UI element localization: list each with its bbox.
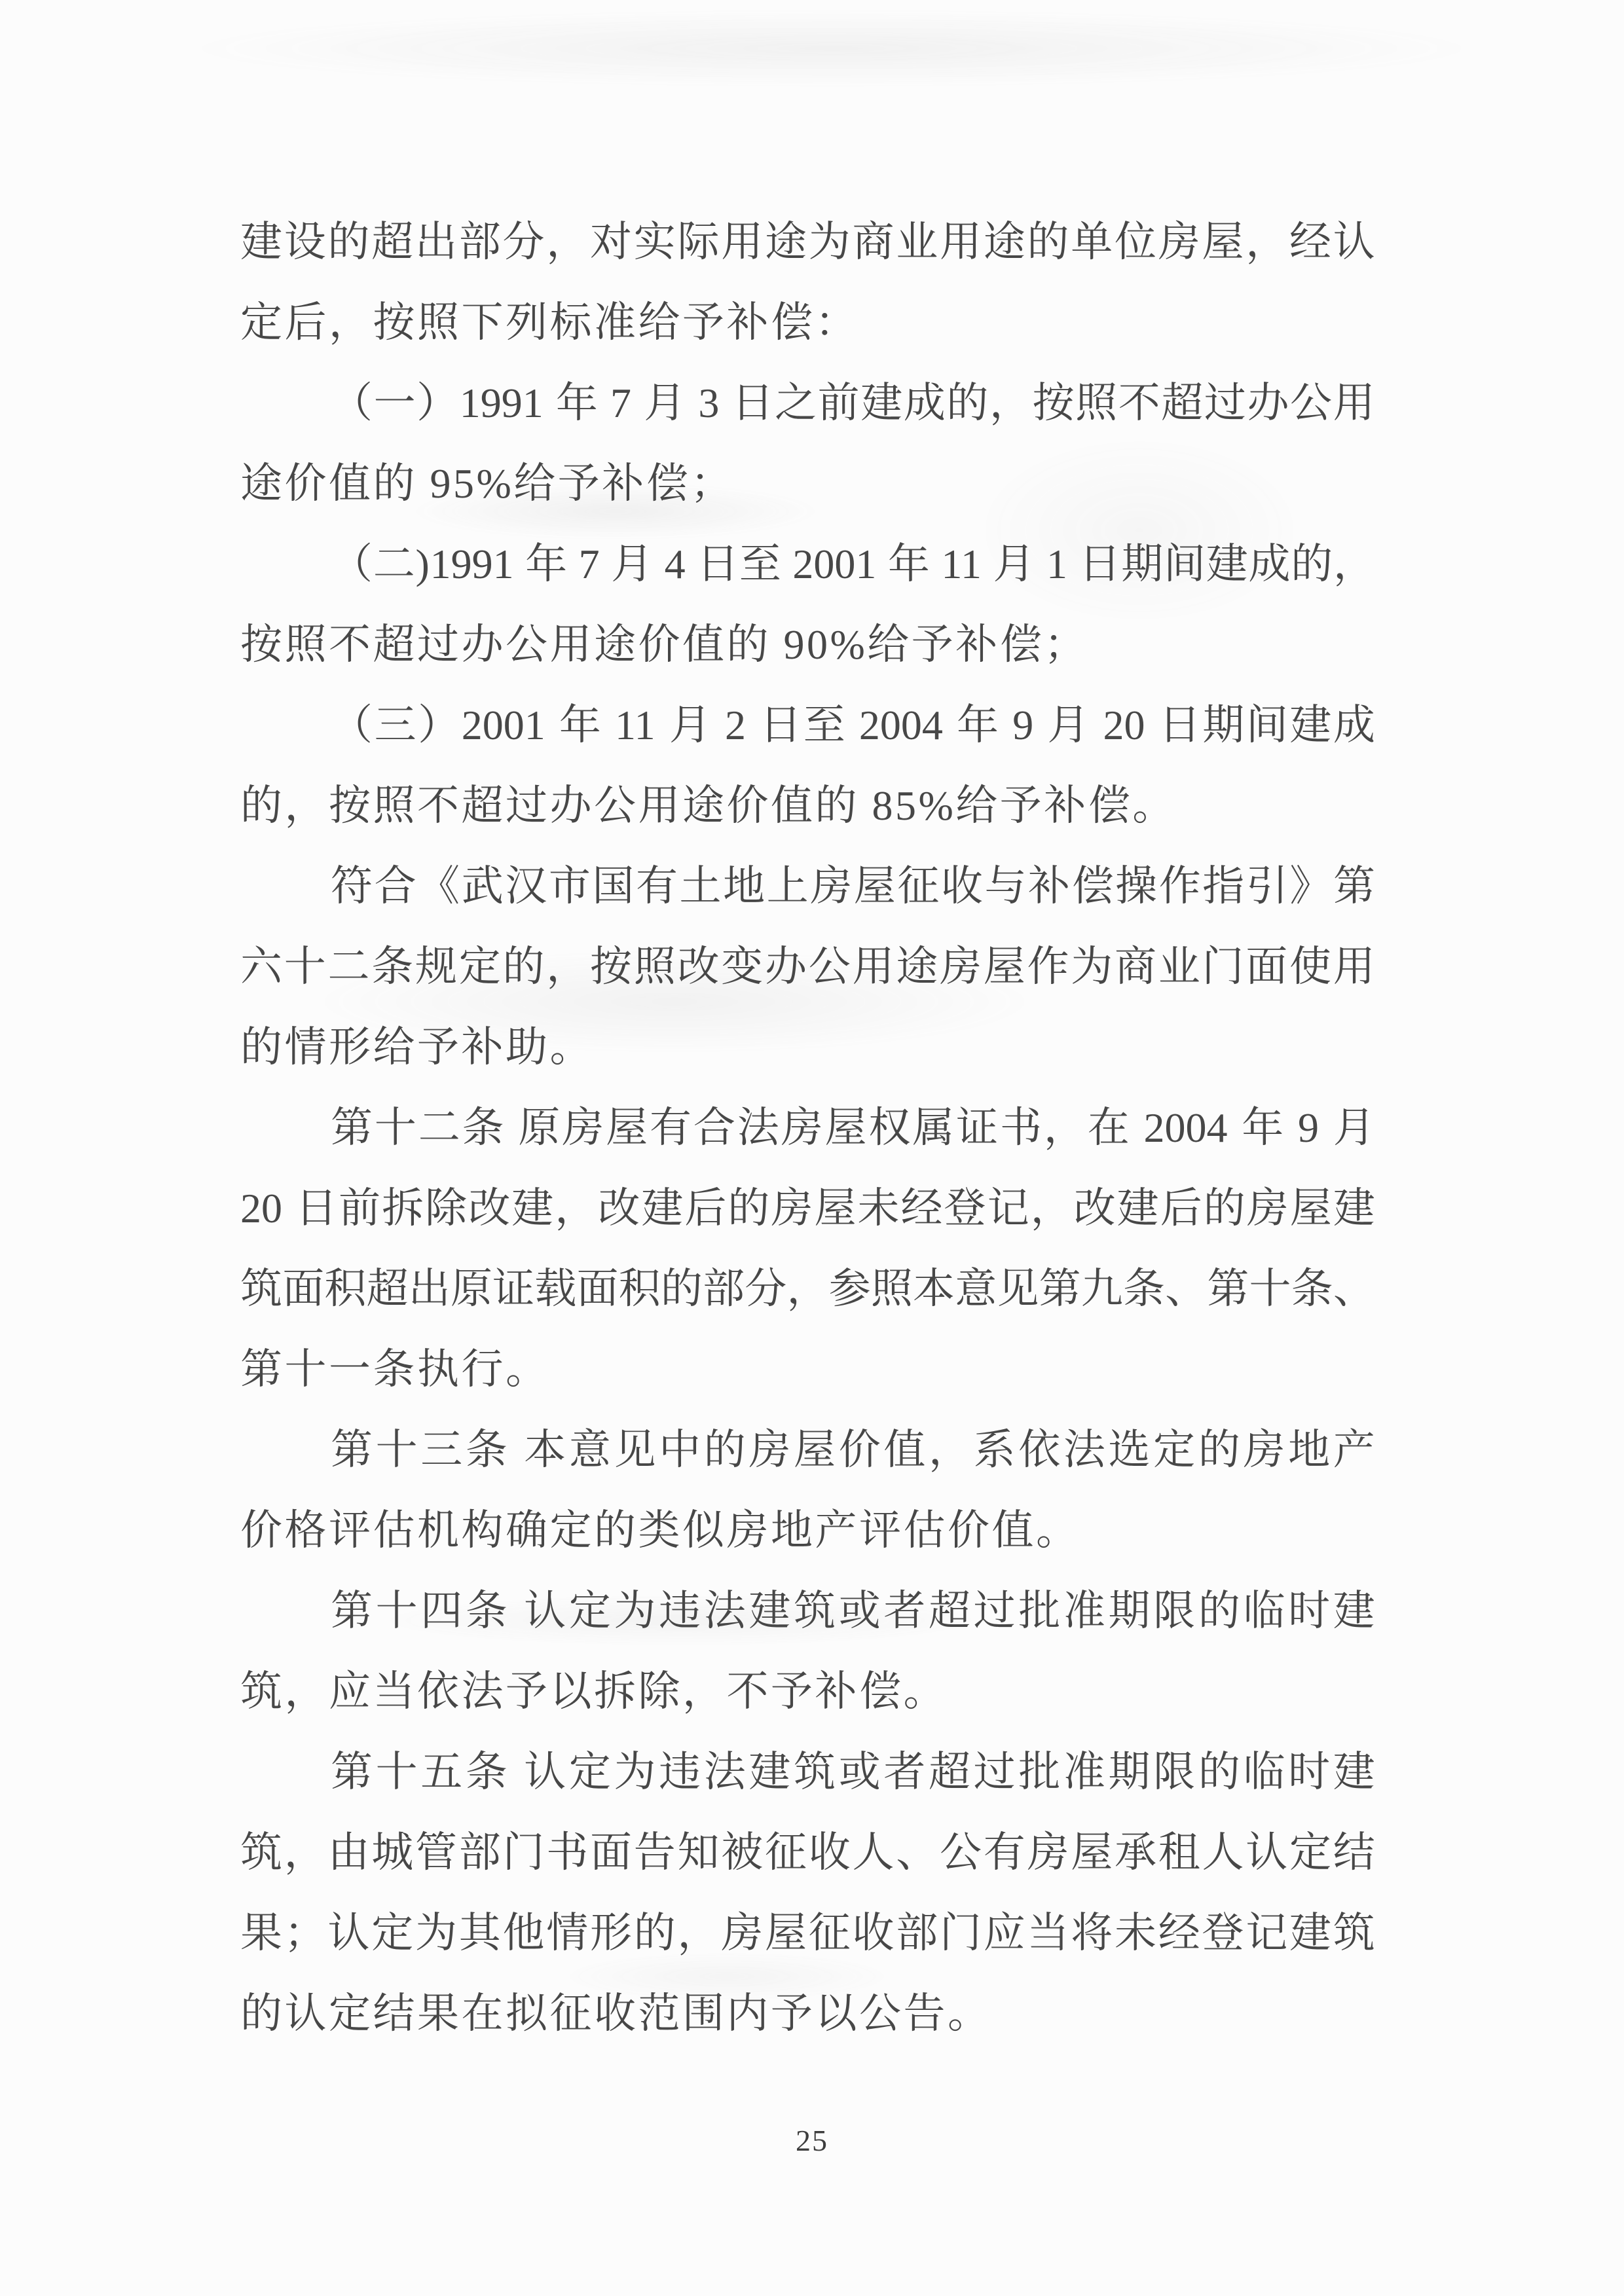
document-line: 途价值的 95%给予补偿； xyxy=(240,443,1375,524)
document-line: 建设的超出部分，对实际用途为商业用途的单位房屋，经认 xyxy=(240,202,1375,282)
document-line: 的认定结果在拟征收范围内予以公告。 xyxy=(240,1973,1375,2054)
document-line: （二)1991 年 7 月 4 日至 2001 年 11 月 1 日期间建成的， xyxy=(240,524,1375,604)
document-line: 果；认定为其他情形的，房屋征收部门应当将未经登记建筑 xyxy=(240,1893,1375,1973)
document-line: 第十三条 本意见中的房屋价值，系依法选定的房地产 xyxy=(240,1410,1375,1490)
page-number: 25 xyxy=(0,2121,1624,2160)
document-page: 建设的超出部分，对实际用途为商业用途的单位房屋，经认 定后，按照下列标准给予补偿… xyxy=(0,0,1624,2296)
document-body: 建设的超出部分，对实际用途为商业用途的单位房屋，经认 定后，按照下列标准给予补偿… xyxy=(240,202,1375,2054)
document-line: 六十二条规定的，按照改变办公用途房屋作为商业门面使用 xyxy=(240,926,1375,1007)
document-line: 筑，由城管部门书面告知被征收人、公有房屋承租人认定结 xyxy=(240,1812,1375,1893)
document-line: （一）1991 年 7 月 3 日之前建成的，按照不超过办公用 xyxy=(240,363,1375,443)
document-line: 第十二条 原房屋有合法房屋权属证书，在 2004 年 9 月 xyxy=(240,1087,1375,1168)
document-line: （三）2001 年 11 月 2 日至 2004 年 9 月 20 日期间建成 xyxy=(240,685,1375,765)
document-line: 第十五条 认定为违法建筑或者超过批准期限的临时建 xyxy=(240,1732,1375,1812)
document-line: 符合《武汉市国有土地上房屋征收与补偿操作指引》第 xyxy=(240,846,1375,926)
document-line: 20 日前拆除改建，改建后的房屋未经登记，改建后的房屋建 xyxy=(240,1168,1375,1248)
scan-smudge xyxy=(170,9,1493,88)
document-line: 筑，应当依法予以拆除，不予补偿。 xyxy=(240,1651,1375,1732)
document-line: 按照不超过办公用途价值的 90%给予补偿； xyxy=(240,604,1375,685)
document-line: 的，按照不超过办公用途价值的 85%给予补偿。 xyxy=(240,765,1375,846)
document-line: 价格评估机构确定的类似房地产评估价值。 xyxy=(240,1490,1375,1571)
document-line: 的情形给予补助。 xyxy=(240,1007,1375,1087)
document-line: 第十四条 认定为违法建筑或者超过批准期限的临时建 xyxy=(240,1571,1375,1651)
document-line: 第十一条执行。 xyxy=(240,1329,1375,1410)
document-line: 定后，按照下列标准给予补偿： xyxy=(240,282,1375,363)
document-line: 筑面积超出原证载面积的部分，参照本意见第九条、第十条、 xyxy=(240,1248,1375,1329)
